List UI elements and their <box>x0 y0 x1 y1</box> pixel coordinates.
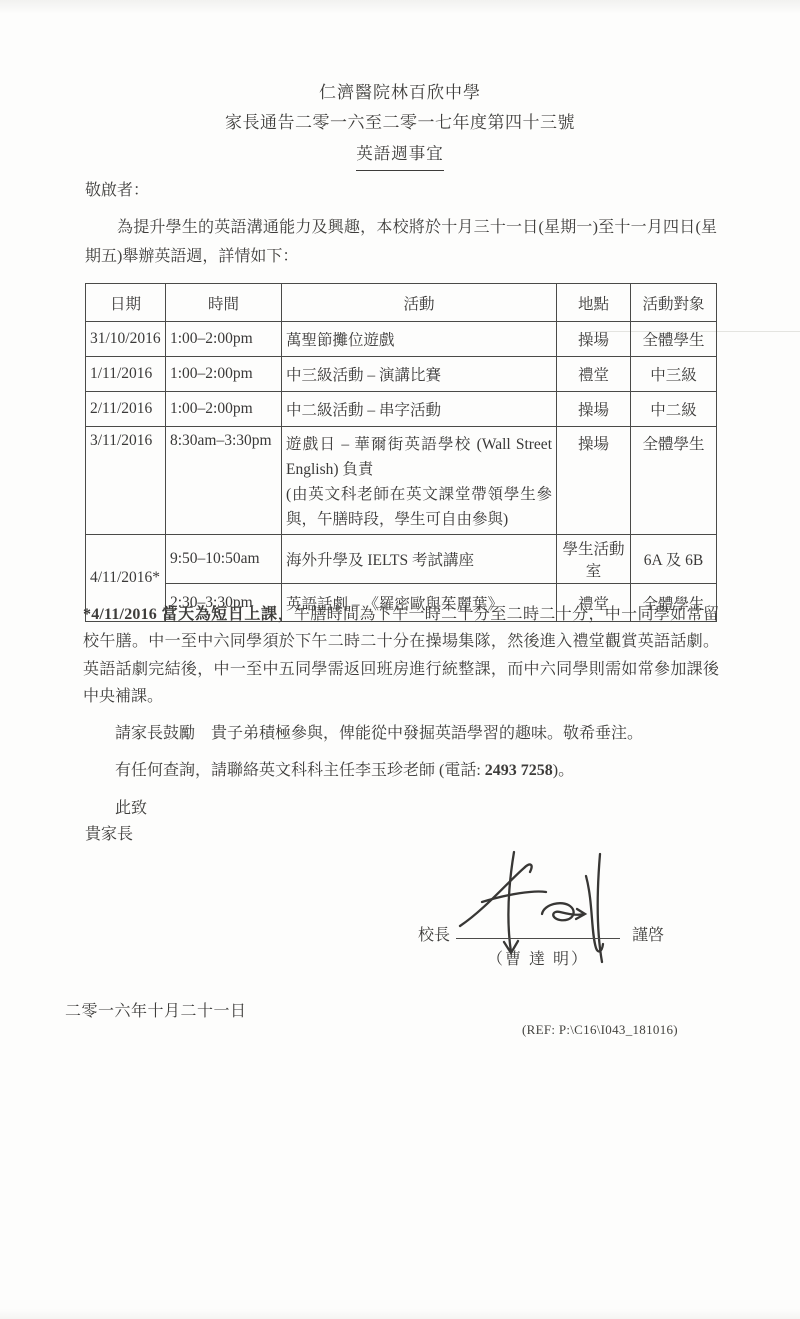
cell-venue: 禮堂 <box>557 357 631 392</box>
enquiry-text: 有任何查詢，請聯絡英文科科主任李玉珍老師 (電話: <box>115 762 485 779</box>
phone-number: 2493 7258 <box>485 762 553 779</box>
intro-paragraph: 為提升學生的英語溝通能力及興趣，本校將於十月三十一日(星期一)至十一月四日(星期… <box>85 213 717 271</box>
principal-label: 校長 <box>418 922 450 945</box>
closing-recipient: 貴家長 <box>85 821 133 844</box>
activity-main-text: 遊戲日 – 華爾街英語學校 (Wall Street English) 負責 <box>286 432 552 482</box>
table-row: 4/11/2016* 9:50–10:50am 海外升學及 IELTS 考試講座… <box>86 535 717 584</box>
table-row: 2/11/2016 1:00–2:00pm 中二級活動 – 串字活動 操場 中二… <box>86 392 717 427</box>
issue-date: 二零一六年十月二十一日 <box>65 998 247 1021</box>
scan-artifact-bottom-edge <box>0 1309 800 1319</box>
events-table: 日期 時間 活動 地點 活動對象 31/10/2016 1:00–2:00pm … <box>85 283 717 622</box>
scan-artifact-top-edge <box>0 0 800 14</box>
cell-target: 中二級 <box>631 392 717 427</box>
table-header-row: 日期 時間 活動 地點 活動對象 <box>86 284 717 322</box>
cell-activity: 萬聖節攤位遊戲 <box>282 322 557 357</box>
document-ref: (REF: P:\C16\I043_181016) <box>522 1022 678 1038</box>
cell-time: 8:30am–3:30pm <box>166 427 282 535</box>
school-name: 仁濟醫院林百欣中學 <box>0 78 800 108</box>
cell-time: 1:00–2:00pm <box>166 392 282 427</box>
header-cell-target: 活動對象 <box>631 284 717 322</box>
cell-venue: 操場 <box>557 392 631 427</box>
cell-time: 1:00–2:00pm <box>166 357 282 392</box>
footnote-paragraph: *4/11/2016 當天為短日上課，午膳時間為下午一時二十分至二時二十分，中一… <box>83 601 719 711</box>
cell-time: 9:50–10:50am <box>166 535 282 584</box>
signature-block: 校長 謹啓 （曹 達 明） <box>0 850 800 980</box>
cell-activity: 中三級活動 – 演講比賽 <box>282 357 557 392</box>
cell-venue: 操場 <box>557 322 631 357</box>
enquiry-paragraph: 有任何查詢，請聯絡英文科科主任李玉珍老師 (電話: 2493 7258)。 <box>85 757 717 780</box>
cell-activity: 中二級活動 – 串字活動 <box>282 392 557 427</box>
header-cell-venue: 地點 <box>557 284 631 322</box>
title-block: 仁濟醫院林百欣中學 家長通告二零一六至二零一七年度第四十三號 英語週事宜 <box>0 78 800 171</box>
cell-date: 2/11/2016 <box>86 392 166 427</box>
subject-title: 英語週事宜 <box>356 139 444 171</box>
cell-target: 全體學生 <box>631 322 717 357</box>
cell-time: 1:00–2:00pm <box>166 322 282 357</box>
cell-date: 3/11/2016 <box>86 427 166 535</box>
scanned-notice-page: 仁濟醫院林百欣中學 家長通告二零一六至二零一七年度第四十三號 英語週事宜 敬啟者… <box>0 0 800 1319</box>
encourage-paragraph: 請家長鼓勵 貴子弟積極參與，俾能從中發掘英語學習的趣味。敬希垂注。 <box>85 720 717 743</box>
table-row: 31/10/2016 1:00–2:00pm 萬聖節攤位遊戲 操場 全體學生 <box>86 322 717 357</box>
cell-activity: 海外升學及 IELTS 考試講座 <box>282 535 557 584</box>
principal-name: （曹 達 明） <box>456 946 620 969</box>
respectfully-label: 謹啓 <box>632 922 664 945</box>
signature-line <box>456 938 620 939</box>
cell-venue: 操場 <box>557 427 631 535</box>
cell-activity: 遊戲日 – 華爾街英語學校 (Wall Street English) 負責 (… <box>282 427 557 535</box>
closing-cite: 此致 <box>115 795 147 818</box>
enquiry-text-end: )。 <box>553 762 574 779</box>
header-cell-activity: 活動 <box>282 284 557 322</box>
header-cell-time: 時間 <box>166 284 282 322</box>
table-row: 3/11/2016 8:30am–3:30pm 遊戲日 – 華爾街英語學校 (W… <box>86 427 717 535</box>
footnote-bold-lead: *4/11/2016 當天為短日上課 <box>83 606 278 623</box>
cell-venue: 學生活動室 <box>557 535 631 584</box>
notice-number: 家長通告二零一六至二零一七年度第四十三號 <box>0 108 800 138</box>
cell-target: 6A 及 6B <box>631 535 717 584</box>
header-cell-date: 日期 <box>86 284 166 322</box>
cell-date: 31/10/2016 <box>86 322 166 357</box>
cell-date: 1/11/2016 <box>86 357 166 392</box>
cell-target: 全體學生 <box>631 427 717 535</box>
salutation: 敬啟者： <box>85 177 149 200</box>
table-row: 1/11/2016 1:00–2:00pm 中三級活動 – 演講比賽 禮堂 中三… <box>86 357 717 392</box>
activity-note-text: (由英文科老師在英文課堂帶領學生參與，午膳時段，學生可自由參與) <box>286 482 552 532</box>
cell-target: 中三級 <box>631 357 717 392</box>
